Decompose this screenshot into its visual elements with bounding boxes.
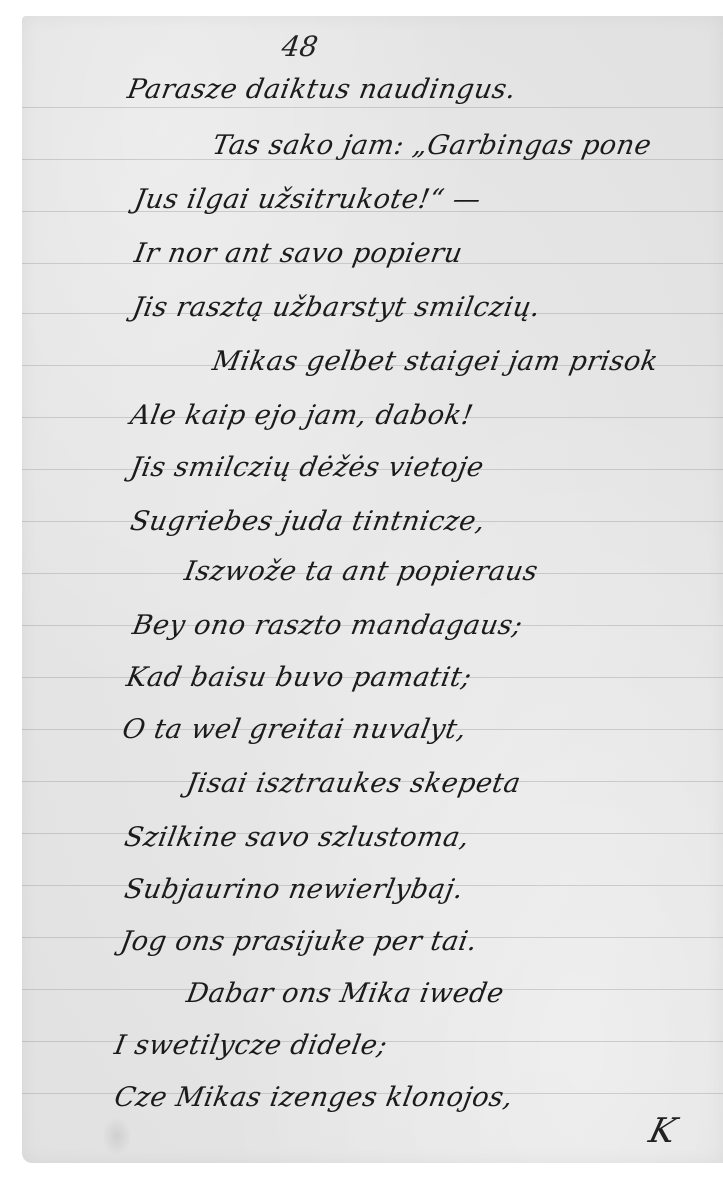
text-line: Bey ono raszto mandagaus; [130,610,525,641]
author-initials: K [645,1111,680,1151]
text-line: Tas sako jam: „Garbingas pone [210,130,654,161]
text-line: Dabar ons Mika iwede [184,978,506,1009]
text-line: Cze Mikas izenges klonojos, [112,1082,515,1113]
text-line: O ta wel greitai nuvalyt, [120,714,469,745]
text-line: Ir nor ant savo popieru [132,238,465,269]
text-line: Kad baisu buvo pamatit; [124,662,474,693]
text-line: Mikas gelbet staigei jam prisok [210,346,661,377]
page-number: 48 [280,30,320,63]
text-line: Jis rasztą užbarstyt smilczių. [130,292,543,323]
ruled-line [22,107,723,108]
text-line: Parasze daiktus naudingus. [125,74,519,105]
text-line: Jisai isztraukes skepeta [184,768,523,799]
text-line: Jis smilczių dėžės vietoje [128,452,486,483]
text-line: Subjaurino newierlybaj. [122,874,466,905]
text-line: Jog ons prasijuke per tai. [118,926,480,957]
manuscript-page: 48 Parasze daiktus naudingus. Tas sako j… [22,16,723,1163]
text-line: Jus ilgai užsitrukote!“ — [132,184,483,215]
paper-stain [102,1116,132,1156]
text-line: Szilkine savo szlustoma, [122,822,472,853]
text-line: I swetilycze didele; [112,1030,390,1061]
text-line: Ale kaip ejo jam, dabok! [128,400,476,431]
text-line: Iszwože ta ant popieraus [182,556,541,587]
text-line: Sugriebes juda tintnicze, [128,506,488,537]
